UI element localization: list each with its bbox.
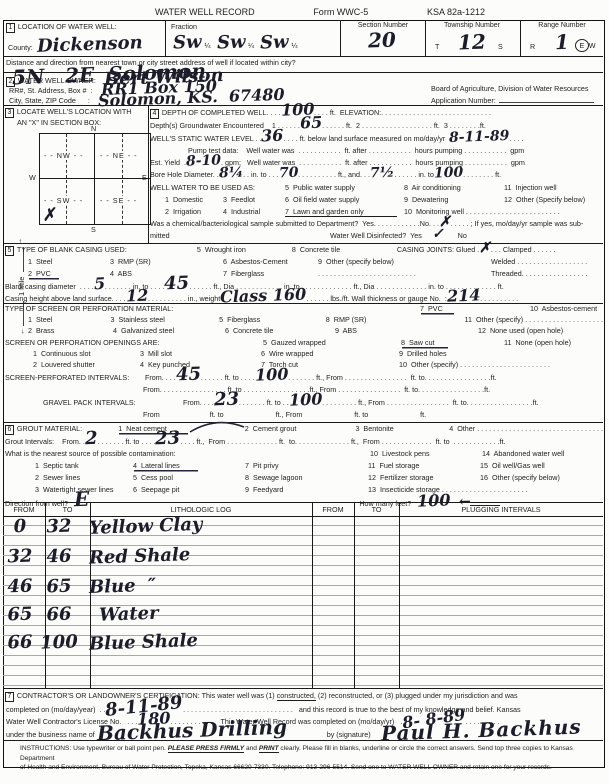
use-option-5: 5 Public water supply [285,183,404,192]
contamination-10: 10 Livestock pens [370,449,482,458]
use-option-6: 6 Oil field water supply [285,195,404,204]
log-to: 32 [37,523,81,530]
openings-8-selected: 8 Saw cut [401,338,449,347]
gravel-intervals-line-1: GRAVEL PACK INTERVALS: From. . . . 23 . … [3,397,603,410]
use-label: WELL WATER TO BE USED AS: [150,183,255,192]
constructed-underlined: constructed, [277,691,316,701]
use-row-3: 2 Irrigation 4 Industrial 7 Lawn and gar… [150,207,603,219]
log-desc: Blue Shale [81,638,198,647]
instructions-block: INSTRUCTIONS: Use typewriter or ball poi… [20,744,590,773]
use-option-1: 1 Domestic [165,195,223,204]
static-level-value: 36 [261,133,283,139]
screen-material-8: 8 RMP (SR) [326,315,465,324]
section5-number: 5 [5,246,14,256]
form-header: WATER WELL RECORD Form WWC-5 KSA 82a-121… [155,7,485,17]
well-location-x-mark: ✗ [42,211,56,218]
openings-section: SCREEN OR PERFORATION OPENINGS ARE: 5 Ga… [3,337,603,371]
section3: 3LOCATE WELL'S LOCATION WITH AN "X" IN S… [3,105,148,243]
openings-10: 10 Other (specify) [399,360,458,369]
casing-option-9: 9 Other (specify below) [318,257,449,266]
county-value: Dickenson [37,40,143,49]
quadrant-ne: - - NE - - [100,151,138,160]
log-from: 65 [3,611,37,617]
use-option-10-dots: . . . . . . . . . . . . . . . . . . . . … [464,207,560,216]
range-value: 1 [555,40,569,45]
section3-number: 3 [5,108,14,118]
contamination-7: 7 Pit privy [245,461,368,470]
log-header-from: FROM [3,505,45,514]
application-number-field: Application Number: [431,95,594,105]
screen-interval-from: 45 [176,372,201,378]
use-option-3: 3 Feedlot [223,195,285,204]
signature: Paul H. Backhus [381,725,582,737]
compass-s: S [91,225,96,234]
screen-material-1: 1 Steel [28,315,110,324]
bore-to-2: 100 [434,170,463,176]
screen-material-10: 10 Asbestos-cement [530,304,597,313]
fraction-q2: Sw [216,40,245,46]
est-yield-value: 8-10 [186,158,221,164]
log-header-to: TO [45,505,90,514]
section3-title: 3LOCATE WELL'S LOCATION WITH AN "X" IN S… [5,107,131,127]
screen-material-section: TYPE OF SCREEN OR PERFORATION MATERIAL: … [3,303,603,337]
log-desc: Red Shale [81,552,190,561]
screen-material-row-2: 1 Steel 3 Stainless steel 5 Fiberglass 8… [3,315,603,326]
section6: 6 GROUT MATERIAL: 1 Neat cement 2 Cement… [3,422,603,502]
log-header-from2: FROM [312,505,354,514]
contamination-label: What is the nearest source of possible c… [3,449,370,458]
log-row-3: 46 65 Blue ″ [3,584,323,589]
application-number-blank [499,95,594,103]
openings-6: 6 Wire wrapped [261,349,399,358]
casing-height-value: 12 [126,293,148,299]
agency-text: Board of Agriculture, Division of Water … [431,84,589,93]
use-option-9: 9 Dewatering [404,195,504,204]
quarter-1: ¼ [205,41,211,50]
contamination-12: 12 Fertilizer storage [368,473,480,482]
contamination-2: 2 Sewer lines [35,473,133,482]
bore-diameter-2: 7½ [370,171,395,177]
bore-to-1: 70 [279,171,299,177]
grout-option-4-dots: . . . . . . . . . . . . . . . . . . . . … [475,424,603,433]
use-row-1: WELL WATER TO BE USED AS: 5 Public water… [150,183,603,195]
city-field: City, State, ZIP Code : Solomon, KS. 674… [9,95,284,105]
disinfected-yes-mark: ✓ [432,232,444,237]
section7-number: 7 [5,692,14,702]
contamination-row-2: 2 Sewer lines 5 Cess pool 8 Sewage lagoo… [3,473,603,485]
intervals-section: SCREEN-PERFORATED INTERVALS: From. . . .… [3,371,603,422]
contamination-4-selected: 4 Lateral lines [133,461,199,470]
contamination-9: 9 Feedyard [245,485,368,494]
use-option-4: 4 Industrial [223,207,285,216]
section5: 5 TYPE OF BLANK CASING USED: 5 Wrought i… [3,243,603,303]
log-from: 0 [3,523,37,529]
log-desc: Blue ″ [81,583,156,591]
compass-n: N [91,124,96,133]
log-desc: Yellow Clay [81,522,203,531]
contamination-row-0: What is the nearest source of possible c… [3,449,603,461]
range-r: R [530,42,535,51]
grout-selection-stroke [188,420,248,434]
screen-intervals-label: SCREEN-PERFORATED INTERVALS: [3,373,145,382]
openings-11: 11 None (open hole) [504,338,571,347]
casing-option-2-selected: 2 PVC [28,269,60,278]
section4: 4 DEPTH OF COMPLETED WELL. . . . 100 . .… [150,105,603,243]
range-w: W [589,41,596,50]
application-number-label: Application Number: [431,96,496,105]
log-to: 66 [37,611,81,618]
openings-5: 5 Gauzed wrapped [263,338,401,347]
openings-row-1: SCREEN OR PERFORATION OPENINGS ARE: 5 Ga… [3,338,603,349]
county-field: County: Dickenson [8,42,142,52]
screen-material-12: 12 None used (open hole) [478,326,563,335]
fraction-q1: Sw [173,40,202,46]
township-s: S [498,42,503,51]
township-label: Township Number [427,22,517,29]
form-number: Form WWC-5 [313,7,368,17]
log-header-plugging: PLUGGING INTERVALS [399,505,603,514]
section-number-value: 20 [368,38,396,44]
fraction-field: Sw ¼ Sw ¼ Sw ¼ [173,40,304,50]
casing-weight-value: Class 160 [220,291,306,299]
grout-option-2: 2 Cement grout [245,424,356,433]
sample-line: Was a chemical/bacteriological sample su… [150,219,603,231]
township-t: T [435,42,439,51]
log-row-5: 66 100 Blue Shale [3,640,323,645]
use-option-11: 11 Injection well [504,183,557,192]
contamination-8: 8 Sewage lagoon [245,473,368,482]
depth-completed-value: 100 [280,106,314,112]
screen-intervals-line-1: SCREEN-PERFORATED INTERVALS: From. . . .… [3,372,603,385]
contamination-11: 11 Fuel storage [368,461,480,470]
quadrant-se: - - SE - - [100,196,137,205]
static-level-date: 8-11-89 [449,134,509,141]
contamination-16: 16 Other (specify below) [480,473,560,482]
use-option-12: 12 Other (Specify below) [504,195,585,204]
form-ksa: KSA 82a-1212 [427,7,485,17]
contamination-1: 1 Septic tank [35,461,133,470]
screen-material-row-3: 2 Brass 4 Galvanized steel 6 Concrete ti… [3,326,603,337]
certification-line-2: completed on (mo/day/year) . . 8-11-89 .… [3,704,603,716]
screen-material-2: 2 Brass [28,326,113,335]
log-to: 46 [37,553,81,560]
section6-number: 6 [5,425,14,435]
casing-other-dots: . . . . . . . . . . . . . . . . . . . . … [318,269,449,278]
grout-option-3: 3 Bentonite [355,424,449,433]
screen-material-11: 11 Other (specify) [465,315,524,324]
openings-3: 3 Mill slot [140,349,261,358]
contamination-row-1: 1 Septic tank 4 Lateral lines 7 Pit priv… [3,461,603,473]
section1-row: 1LOCATION OF WATER WELL: County: Dickens… [3,20,603,56]
screen-material-4: 4 Galvanized steel [113,326,225,335]
gravel-interval-from: 23 [214,397,239,403]
openings-9: 9 Drilled holes [399,349,447,358]
casing-row-1: 5 TYPE OF BLANK CASING USED: 5 Wrought i… [3,245,603,257]
casing-depth-value: 45 [164,281,189,287]
grout-intervals-line: Grout Intervals: From. . 2 . . . . . . .… [3,436,603,449]
disinfected-line: mitted Water Well Disinfected? Yes ✓ No [150,231,603,243]
clamped-label: . . . Clamped . . . . . . [491,245,556,254]
casing-title: TYPE OF BLANK CASING USED: [17,245,197,254]
screen-material-title: TYPE OF SCREEN OR PERFORATION MATERIAL: [3,304,420,313]
openings-title: SCREEN OR PERFORATION OPENINGS ARE: [3,338,263,347]
screen-material-11-dots: . . . . . . . . . . . . . . . . . . . . [523,315,603,324]
quarter-3: ¼ [292,41,298,50]
casing-diameter-value: 5 [94,281,105,286]
log-row-1: 0 32 Yellow Clay [3,524,323,529]
form-title: WATER WELL RECORD [155,7,255,17]
fraction-label: Fraction [171,22,197,31]
use-option-7-selected: 7 Lawn and garden only [285,207,397,217]
screen-material-6: 6 Concrete tile [225,326,335,335]
gravel-interval-to: 100 [289,396,323,402]
use-row-2: 1 Domestic 3 Feedlot 6 Oil field water s… [150,195,603,207]
contamination-6: 6 Seepage pit [133,485,245,494]
casing-option-6: 6 Asbestos-Cement [223,257,318,266]
certification-line-1: 7 CONTRACTOR'S OR LANDOWNER'S CERTIFICAT… [3,691,603,704]
log-row-2: 32 46 Red Shale [3,554,323,559]
screen-interval-to: 100 [255,371,289,377]
log-desc: Water [81,611,159,619]
range-label: Range Number [523,22,601,29]
print-emphasis: PRINT [259,745,279,753]
bore-diameter-1: 8¼ [219,171,244,177]
openings-10-dots: . . . . . . . . . . . . . . . . . . . . … [458,360,550,369]
business-name: Backhus Drilling [97,725,287,737]
range-e-circled: E [575,39,589,52]
contamination-15: 15 Oil well/Gas well [480,461,545,470]
log-header-litho: LITHOLOGIC LOG [90,505,312,514]
bore-hole-line: Bore Hole Diameter. . 8¼ . . in. to . . … [150,170,603,183]
city-label: City, State, ZIP Code : [9,96,90,105]
water-well-record-form: WATER WELL RECORD Form WWC-5 KSA 82a-121… [0,0,609,784]
gravel-intervals-line-2: From ft. to ft., From ft. to ft. [3,410,603,422]
screen-material-row-1: TYPE OF SCREEN OR PERFORATION MATERIAL: … [3,304,603,315]
openings-row-3: 2 Louvered shutter 4 Key punched 7 Torch… [3,360,603,371]
distance-value: 5N 2E Solomon [12,69,206,81]
use-option-8: 8 Air conditioning [404,183,504,192]
range-ew: EW [575,41,596,50]
log-from: 32 [3,553,37,559]
contamination-row-3: 3 Watertight sewer lines 6 Seepage pit 9… [3,485,603,497]
threaded-label: Threaded. . . . . . . . . . . . . . . . … [491,269,588,278]
screen-material-9: 9 ABS [335,326,478,335]
screen-material-7-selected: 7 PVC [420,304,455,313]
gauge-number-value: 214 [447,292,481,298]
press-firmly-emphasis: PLEASE PRESS FIRMLY [168,745,244,753]
use-option-10: 10 Monitoring well [404,207,464,216]
casing-option-3: 3 RMP (SR) [110,257,223,266]
log-from: 66 [3,639,37,645]
fraction-q3: Sw [260,40,289,46]
contamination-13-dots: . . . . . . . . . . . . . . . . . . . . … [440,485,528,494]
compass-w: W [29,173,36,182]
grout-interval-to: 23 [155,436,180,442]
openings-row-2: 1 Continuous slot 3 Mill slot 6 Wire wra… [3,349,603,360]
groundwater-line: Depth(s) Groundwater Encountered 1 . . .… [150,120,603,133]
openings-1: 1 Continuous slot [33,349,140,358]
casing-row-2: 1 Steel 3 RMP (SR) 6 Asbestos-Cement 9 O… [3,257,603,269]
groundwater-depth-value: 65 [300,120,322,126]
log-to: 100 [37,639,81,646]
contamination-14: 14 Abandoned water well [482,449,564,458]
sample-no-mark: ✗ [439,220,451,225]
city-value: Solomon, KS. 67480 [98,92,285,104]
static-level-line: WELL'S STATIC WATER LEVEL . . 36 . . . .… [150,133,603,146]
grout-title: GROUT MATERIAL: [17,424,118,433]
openings-2: 2 Louvered shutter [33,360,140,369]
casing-option-5: 5 Wrought iron [197,245,292,254]
use-option-2: 2 Irrigation [165,207,223,216]
contamination-5: 5 Cess pool [133,473,245,482]
quadrant-nw: - - NW - - [44,151,84,160]
grout-option-4: 4 Other [449,424,475,433]
quarter-2: ¼ [248,41,254,50]
casing-joints-label: CASING JOINTS: Glued . [397,245,479,254]
log-to: 65 [37,583,81,590]
compass-e: E [142,173,147,182]
welded-label: Welded . . . . . . . . . . . . . . . . .… [491,257,587,266]
glued-mark: ✗ [479,246,491,251]
log-header-to2: TO [354,505,399,514]
section4-number: 4 [150,109,159,119]
section1-title: 1LOCATION OF WATER WELL: [6,22,117,33]
lithologic-log-table: FROM TO LITHOLOGIC LOG FROM TO PLUGGING … [3,502,603,688]
gravel-intervals-label: GRAVEL PACK INTERVALS: [3,398,183,407]
grout-interval-from: 2 [85,436,98,441]
screen-material-5: 5 Fiberglass [219,315,326,324]
casing-option-1: 1 Steel [28,257,110,266]
section-box: - - NW - - - - NE - - - - SW - - - - SE … [39,133,151,225]
section7: 7 CONTRACTOR'S OR LANDOWNER'S CERTIFICAT… [3,688,603,740]
county-label: County: [8,43,33,52]
casing-option-8: 8 Concrete tile [292,245,397,254]
log-from: 46 [3,583,37,589]
township-value: 12 [458,40,486,46]
section1-number: 1 [6,23,15,33]
screen-material-3: 3 Stainless steel [110,315,219,324]
casing-option-7: 7 Fiberglass [223,269,318,278]
log-row-4: 65 66 Water [3,612,323,617]
depth-line: 4 DEPTH OF COMPLETED WELL. . . . 100 . .… [150,107,603,120]
